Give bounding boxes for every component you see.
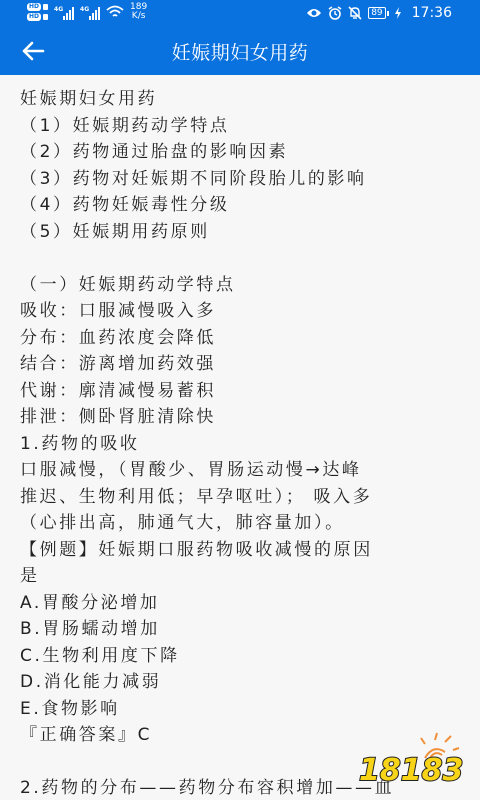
status-right: 89 17:36 bbox=[306, 5, 452, 21]
svg-text:18183: 18183 bbox=[359, 753, 463, 788]
text-line: 推迟、生物利用低；早孕呕吐）； 吸入多 bbox=[20, 484, 470, 511]
toc-item-5: （5）妊娠期用药原则 bbox=[20, 219, 470, 246]
example-question: 【例题】妊娠期口服药物吸收减慢的原因 bbox=[20, 537, 470, 564]
text-line: 口服减慢，（胃酸少、胃肠运动慢→达峰 bbox=[20, 457, 470, 484]
toc-item-1: （1）妊娠期药动学特点 bbox=[20, 113, 470, 140]
eye-icon bbox=[306, 7, 322, 19]
network-type-1: 4G bbox=[54, 6, 63, 13]
text-line: 结合：游离增加药效强 bbox=[20, 351, 470, 378]
option-c: C.生物利用度下降 bbox=[20, 643, 470, 670]
notifications-off-icon bbox=[348, 6, 362, 20]
toc-item-4: （4）药物妊娠毒性分级 bbox=[20, 192, 470, 219]
option-e: E.食物影响 bbox=[20, 696, 470, 723]
page-title: 妊娠期妇女用药 bbox=[0, 38, 480, 65]
status-left: HD HD 4G 4G 189 K/s bbox=[27, 3, 147, 21]
charging-icon bbox=[394, 7, 402, 19]
option-a: A.胃酸分泌增加 bbox=[20, 590, 470, 617]
text-line: 吸收：口服减慢吸入多 bbox=[20, 298, 470, 325]
clock: 17:36 bbox=[412, 5, 452, 21]
signal-icon-sim2: 4G bbox=[80, 5, 100, 20]
net-speed-unit: K/s bbox=[130, 12, 147, 21]
watermark-logo: 18183 bbox=[355, 730, 470, 790]
app-bar: 妊娠期妇女用药 bbox=[0, 27, 480, 75]
alarm-icon bbox=[328, 6, 342, 20]
section-heading: （一）妊娠期药动学特点 bbox=[20, 272, 470, 299]
wifi-icon bbox=[106, 5, 124, 19]
battery-icon: 89 bbox=[368, 7, 385, 19]
signal-icon-sim1: 4G bbox=[54, 5, 74, 20]
toc-item-2: （2）药物通过胎盘的影响因素 bbox=[20, 139, 470, 166]
content-heading: 妊娠期妇女用药 bbox=[20, 86, 470, 113]
example-question-cont: 是 bbox=[20, 563, 470, 590]
option-b: B.胃肠蠕动增加 bbox=[20, 616, 470, 643]
top-bar: HD HD 4G 4G 189 K/s bbox=[0, 0, 480, 75]
text-line: 分布：血药浓度会降低 bbox=[20, 325, 470, 352]
sim1-icon bbox=[43, 4, 48, 10]
subsection-heading: 1.药物的吸收 bbox=[20, 431, 470, 458]
text-line: （心排出高，肺通气大，肺容量加）。 bbox=[20, 510, 470, 537]
article-content: 妊娠期妇女用药 （1）妊娠期药动学特点 （2）药物通过胎盘的影响因素 （3）药物… bbox=[20, 86, 470, 800]
sim-indicators: HD HD bbox=[27, 3, 48, 21]
blank-line bbox=[20, 245, 470, 272]
status-bar: HD HD 4G 4G 189 K/s bbox=[0, 0, 480, 27]
text-line: 排泄：侧卧肾脏清除快 bbox=[20, 404, 470, 431]
sim2-icon bbox=[43, 14, 48, 20]
text-line: 代谢：廓清减慢易蓄积 bbox=[20, 378, 470, 405]
toc-item-3: （3）药物对妊娠期不同阶段胎儿的影响 bbox=[20, 166, 470, 193]
hd-badge-sim2: HD bbox=[27, 13, 41, 21]
net-speed: 189 K/s bbox=[130, 3, 147, 21]
network-type-2: 4G bbox=[80, 6, 89, 13]
option-d: D.消化能力减弱 bbox=[20, 669, 470, 696]
hd-badge-sim1: HD bbox=[27, 3, 41, 11]
logo-18183-icon: 18183 bbox=[355, 730, 470, 790]
